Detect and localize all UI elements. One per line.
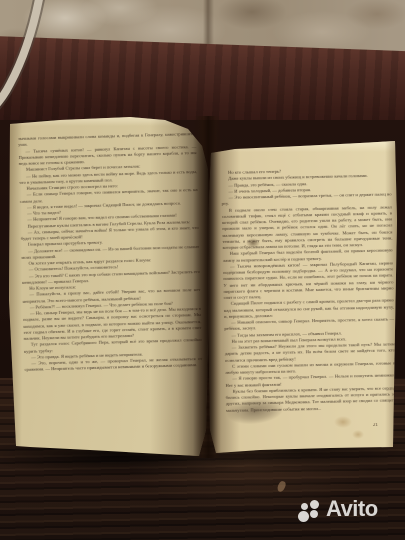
- avito-dot-small: [310, 510, 318, 518]
- avito-wordmark: Avito: [326, 496, 378, 522]
- page-stain: [334, 416, 352, 428]
- avito-dot-small: [301, 503, 308, 510]
- book-listing-photo: зычными голосами выкрикивали слова коман…: [0, 0, 405, 540]
- page-number-right: 21: [373, 423, 378, 428]
- book-gutter-shadow: [193, 116, 221, 458]
- avito-dots-icon: [296, 497, 326, 527]
- page-stain: [246, 238, 260, 248]
- avito-watermark: Avito: [296, 494, 400, 534]
- page-stain: [352, 430, 364, 439]
- avito-dot-medium: [310, 500, 319, 509]
- avito-dot-large: [298, 511, 309, 522]
